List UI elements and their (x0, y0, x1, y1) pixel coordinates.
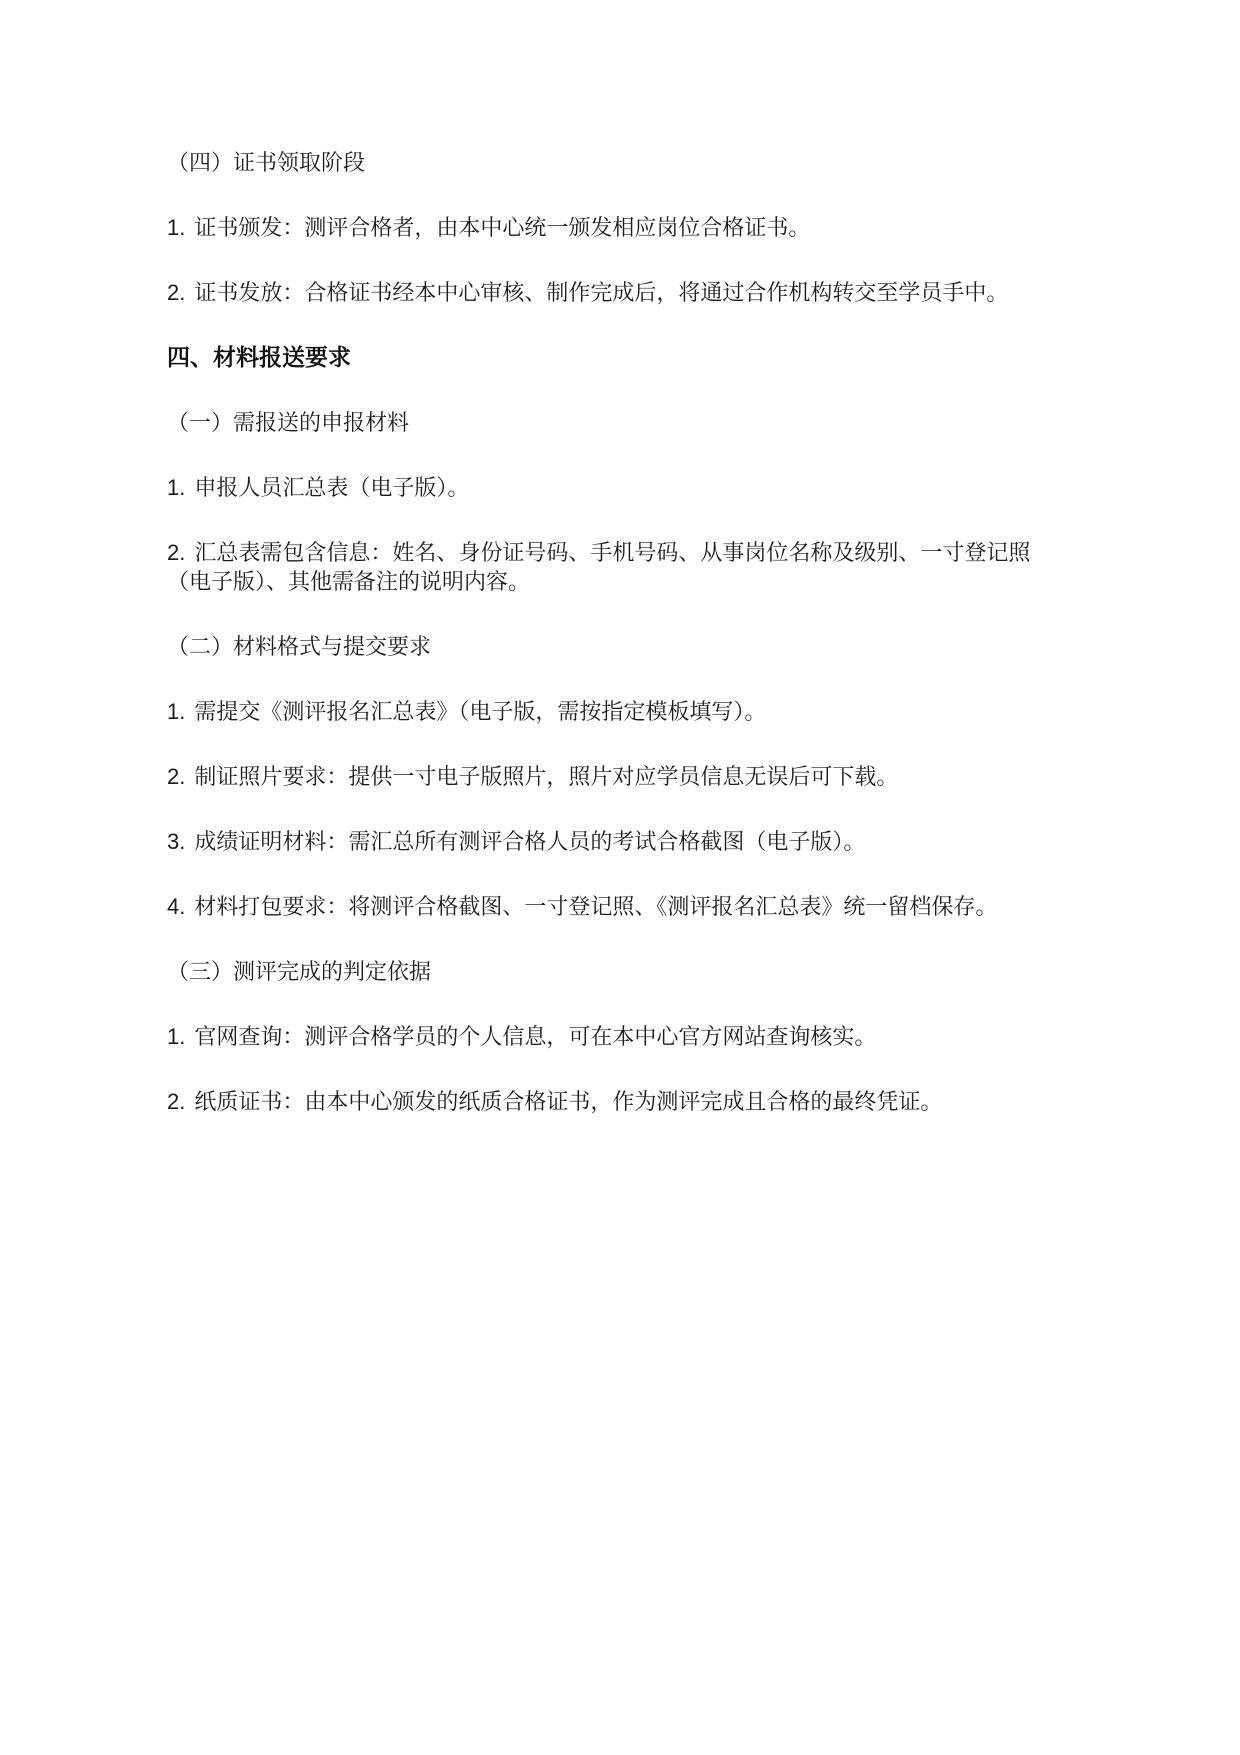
item-number: 1. (167, 699, 185, 724)
item-text: 汇总表需包含信息：姓名、身份证号码、手机号码、从事岗位名称及级别、一寸登记照（电… (167, 540, 1030, 594)
item-text: 成绩证明材料：需汇总所有测评合格人员的考试合格截图（电子版）。 (194, 829, 865, 854)
item-number: 1. (167, 1024, 185, 1049)
item-number: 2. (167, 1089, 185, 1114)
numbered-item: 2.纸质证书：由本中心颁发的纸质合格证书，作为测评完成且合格的最终凭证。 (167, 1087, 1073, 1116)
item-number: 1. (167, 475, 185, 500)
numbered-item: 1.需提交《测评报名汇总表》（电子版，需按指定模板填写）。 (167, 697, 1073, 726)
item-number: 1. (167, 215, 185, 240)
item-text: 纸质证书：由本中心颁发的纸质合格证书，作为测评完成且合格的最终凭证。 (194, 1089, 942, 1114)
sub-heading-section-4-cert-collection: （四）证书领取阶段 (167, 148, 1073, 177)
document-page: （四）证书领取阶段 1.证书颁发：测评合格者，由本中心统一颁发相应岗位合格证书。… (0, 0, 1240, 1755)
item-text: 申报人员汇总表（电子版）。 (194, 475, 469, 500)
item-text: 需提交《测评报名汇总表》（电子版，需按指定模板填写）。 (194, 699, 766, 724)
item-number: 4. (167, 894, 185, 919)
numbered-item: 2.汇总表需包含信息：姓名、身份证号码、手机号码、从事岗位名称及级别、一寸登记照… (167, 538, 1073, 596)
numbered-item: 1.证书颁发：测评合格者，由本中心统一颁发相应岗位合格证书。 (167, 213, 1073, 242)
numbered-item: 2.制证照片要求：提供一寸电子版照片，照片对应学员信息无误后可下载。 (167, 762, 1073, 791)
item-number: 3. (167, 829, 185, 854)
numbered-item: 1.申报人员汇总表（电子版）。 (167, 473, 1073, 502)
item-text: 制证照片要求：提供一寸电子版照片，照片对应学员信息无误后可下载。 (194, 764, 898, 789)
sub-heading-2-format-requirements: （二）材料格式与提交要求 (167, 632, 1073, 661)
item-text: 证书颁发：测评合格者，由本中心统一颁发相应岗位合格证书。 (194, 215, 810, 240)
numbered-item: 4.材料打包要求：将测评合格截图、一寸登记照、《测评报名汇总表》统一留档保存。 (167, 892, 1073, 921)
item-text: 官网查询：测评合格学员的个人信息，可在本中心官方网站查询核实。 (194, 1024, 876, 1049)
numbered-item: 3.成绩证明材料：需汇总所有测评合格人员的考试合格截图（电子版）。 (167, 827, 1073, 856)
sub-heading-1-materials-to-submit: （一）需报送的申报材料 (167, 408, 1073, 437)
main-heading-section-4-material-submission: 四、材料报送要求 (167, 343, 1073, 372)
numbered-item: 1.官网查询：测评合格学员的个人信息，可在本中心官方网站查询核实。 (167, 1022, 1073, 1051)
item-text: 证书发放：合格证书经本中心审核、制作完成后，将通过合作机构转交至学员手中。 (194, 280, 1008, 305)
sub-heading-3-completion-criteria: （三）测评完成的判定依据 (167, 957, 1073, 986)
item-number: 2. (167, 764, 185, 789)
item-text: 材料打包要求：将测评合格截图、一寸登记照、《测评报名汇总表》统一留档保存。 (194, 894, 997, 919)
numbered-item: 2.证书发放：合格证书经本中心审核、制作完成后，将通过合作机构转交至学员手中。 (167, 278, 1073, 307)
item-number: 2. (167, 280, 185, 305)
item-number: 2. (167, 540, 185, 565)
